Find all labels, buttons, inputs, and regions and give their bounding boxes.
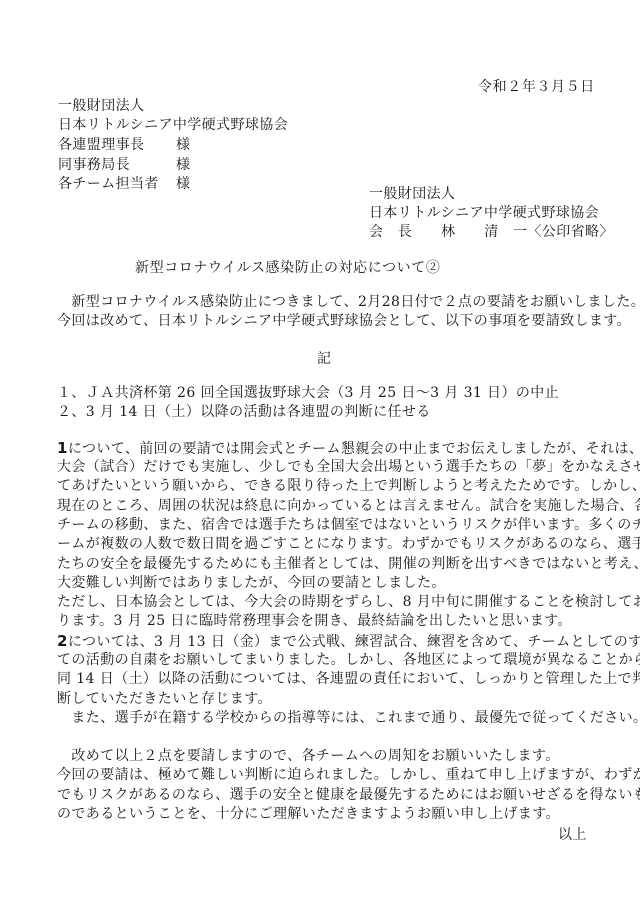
- section1-text: について、前回の要請では開会式とチーム懇親会の中止までお伝えしましたが、それは、: [68, 441, 640, 457]
- closing-mark: 以上: [558, 826, 587, 845]
- document-subject: 新型コロナウイルス感染防止の対応について②: [135, 259, 440, 278]
- ki-label: 記: [317, 350, 331, 369]
- section1-line: てあげたいという願いから、できる限り待った上で判断しようと考えたためです。しかし…: [57, 477, 640, 496]
- section2-text: については、3 月 13 日（金）まで公式戦、練習試合、練習を含めて、チームとし…: [68, 634, 640, 650]
- recipient-addressee: 同事務局長 様: [58, 156, 258, 175]
- addressee-title: 各チーム担当者: [58, 176, 159, 192]
- addressee-honorific: 様: [176, 136, 190, 155]
- request-item-1: １、ＪＡ共済杯第 26 回全国選抜野球大会（3 月 25 日～3 月 31 日）…: [57, 384, 559, 403]
- document-page: 令和２年３月５日 一般財団法人 日本リトルシニア中学硬式野球協会 各連盟理事長 …: [0, 0, 640, 905]
- recipient-org-type: 一般財団法人: [58, 97, 144, 116]
- section1-line: 大会（試合）だけでも実施し、少しでも全国大会出場という選手たちの「夢」をかなえさ…: [57, 458, 640, 477]
- intro-line: 今回は改めて、日本リトルシニア中学硬式野球協会として、以下の事項を要請致します。: [57, 312, 631, 331]
- addressee-honorific: 様: [176, 156, 190, 175]
- section2-number: 2: [57, 632, 68, 650]
- request-item-2: ２、3 月 14 日（土）以降の活動は各連盟の判断に任せる: [57, 403, 431, 422]
- section2-line: 断していただきたいと存じます。: [57, 690, 272, 709]
- section1-line: ただし、日本協会としては、今大会の時期をずらし、8 月中旬に開催することを検討し…: [57, 593, 640, 612]
- section1-number: 1: [57, 439, 68, 457]
- sender-org-type: 一般財団法人: [369, 185, 455, 204]
- sender-org-name: 日本リトルシニア中学硬式野球協会: [369, 204, 599, 223]
- intro-line: 新型コロナウイルス感染防止につきまして、2月28日付で２点の要請をお願いしました…: [57, 293, 640, 312]
- sender-signature: 会 長 林 清 一〈公印省略〉: [369, 223, 614, 242]
- section2-line: 同 14 日（土）以降の活動については、各連盟の責任において、しっかりと管理した…: [57, 670, 640, 689]
- document-date: 令和２年３月５日: [478, 78, 595, 97]
- section1-line: たちの安全を最優先するためにも主催者としては、開催の判断を出すべきではないと考え…: [57, 555, 640, 574]
- addressee-honorific: 様: [176, 175, 190, 194]
- conclusion-line: 今回の要請は、極めて難しい判断に迫られました。しかし、重ねて申し上げますが、わず…: [57, 766, 640, 785]
- section1-line: 1について、前回の要請では開会式とチーム懇親会の中止までお伝えしましたが、それは…: [57, 439, 640, 459]
- addressee-title: 同事務局長: [58, 157, 130, 173]
- section1-line: チームの移動、また、宿舎では選手たちは個室ではないというリスクが伴います。多くの…: [57, 516, 640, 535]
- section1-line: 現在のところ、周囲の状況は終息に向かっているとは言えません。試合を実施した場合、…: [57, 497, 640, 516]
- section2-line: ての活動の自粛をお願いしてまいりました。しかし、各地区によって環境が異なることか…: [57, 651, 640, 670]
- recipient-addressee: 各連盟理事長 様: [58, 136, 258, 155]
- section1-line: ームが複数の人数で数日間を過ごすことになります。わずかでもリスクがあるのなら、選…: [57, 535, 640, 554]
- conclusion-line: 改めて以上２点を要請しますので、各チームへの周知をお願いいたします。: [57, 747, 560, 766]
- conclusion-line: でもリスクがあるのなら、選手の安全と健康を最優先するためにはお願いせざるを得ない…: [57, 786, 640, 805]
- conclusion-line: のであるということを、十分にご理解いただきますようお願い申し上げます。: [57, 805, 560, 824]
- section2-line: また、選手が在籍する学校からの指導等には、これまで通り、最優先で従ってください。: [57, 709, 640, 728]
- section1-line: 大変難しい判断ではありましたが、今回の要請としました。: [57, 574, 446, 593]
- section2-line: 2については、3 月 13 日（金）まで公式戦、練習試合、練習を含めて、チームと…: [57, 632, 640, 652]
- recipient-org-name: 日本リトルシニア中学硬式野球協会: [58, 116, 288, 135]
- recipient-addressee: 各チーム担当者 様: [58, 175, 258, 194]
- section1-line: ります。3 月 25 日に臨時常務理事会を開き、最終結論を出したいと思います。: [57, 612, 572, 631]
- addressee-title: 各連盟理事長: [58, 137, 144, 153]
